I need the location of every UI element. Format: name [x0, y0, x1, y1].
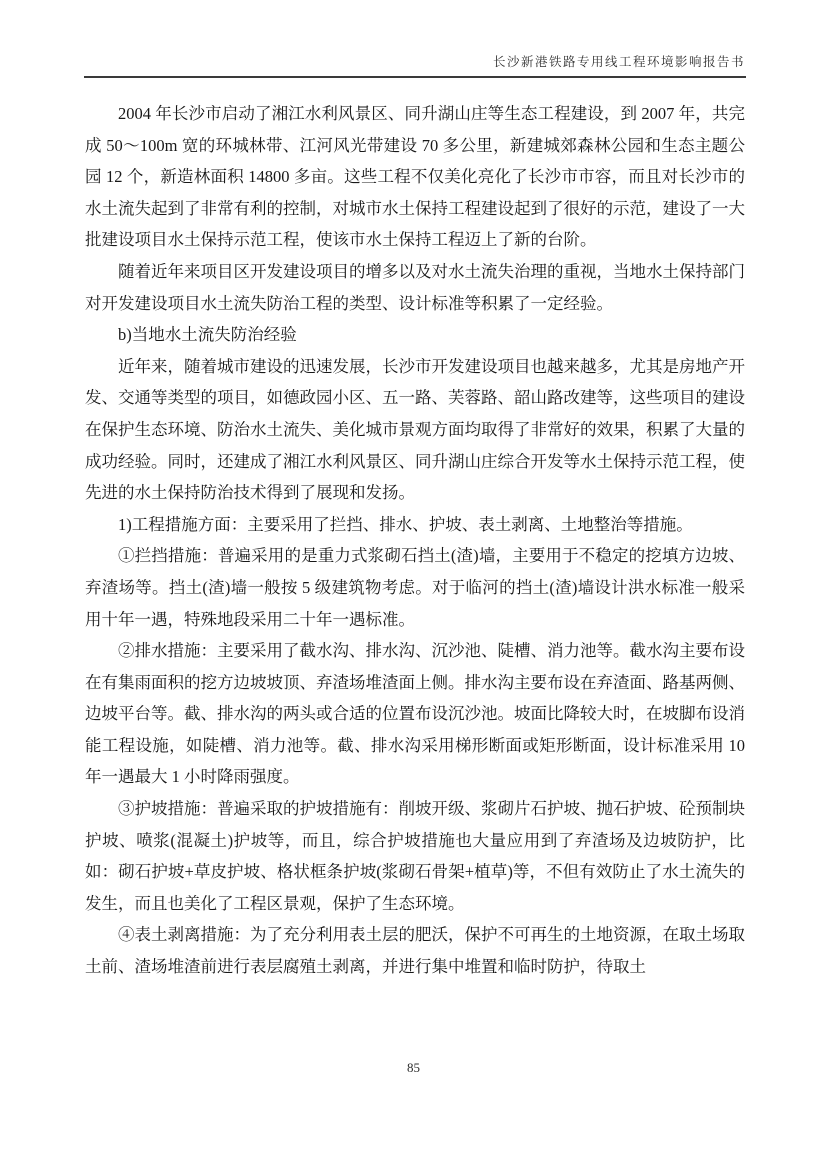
paragraph-urban-development: 近年来，随着城市建设的迅速发展，长沙市开发建设项目也越来越多，尤其是房地产开发、…: [85, 351, 745, 509]
paragraph-item-2-drainage-measures: ②排水措施：主要采用了截水沟、排水沟、沉沙池、陡槽、消力池等。截水沟主要布设在有…: [85, 635, 745, 793]
document-body: 2004 年长沙市启动了湘江水利风景区、同升湖山庄等生态工程建设，到 2007 …: [85, 98, 745, 983]
page-number: 85: [0, 1060, 827, 1076]
paragraph-heading-1-engineering-measures: 1)工程措施方面：主要采用了拦挡、排水、护坡、表土剥离、土地整治等措施。: [85, 509, 745, 541]
paragraph-intro-2004: 2004 年长沙市启动了湘江水利风景区、同升湖山庄等生态工程建设，到 2007 …: [85, 98, 745, 256]
header-rule: [84, 76, 746, 78]
paragraph-item-3-slope-protection-measures: ③护坡措施：普遍采取的护坡措施有：削坡开级、浆砌片石护坡、抛石护坡、砼预制块护坡…: [85, 793, 745, 919]
paragraph-heading-b-local-experience: b)当地水土流失防治经验: [85, 319, 745, 351]
paragraph-item-4-topsoil-stripping-measures: ④表土剥离措施：为了充分利用表土层的肥沃，保护不可再生的土地资源，在取土场取土前…: [85, 919, 745, 982]
paragraph-item-1-retaining-measures: ①拦挡措施：普遍采用的是重力式浆砌石挡土(渣)墙，主要用于不稳定的挖填方边坡、弃…: [85, 540, 745, 635]
running-header-title: 长沙新港铁路专用线工程环境影响报告书: [85, 52, 745, 70]
paragraph-recent-experience: 随着近年来项目区开发建设项目的增多以及对水土流失治理的重视，当地水土保持部门对开…: [85, 256, 745, 319]
document-page: 长沙新港铁路专用线工程环境影响报告书 2004 年长沙市启动了湘江水利风景区、同…: [0, 0, 827, 1169]
